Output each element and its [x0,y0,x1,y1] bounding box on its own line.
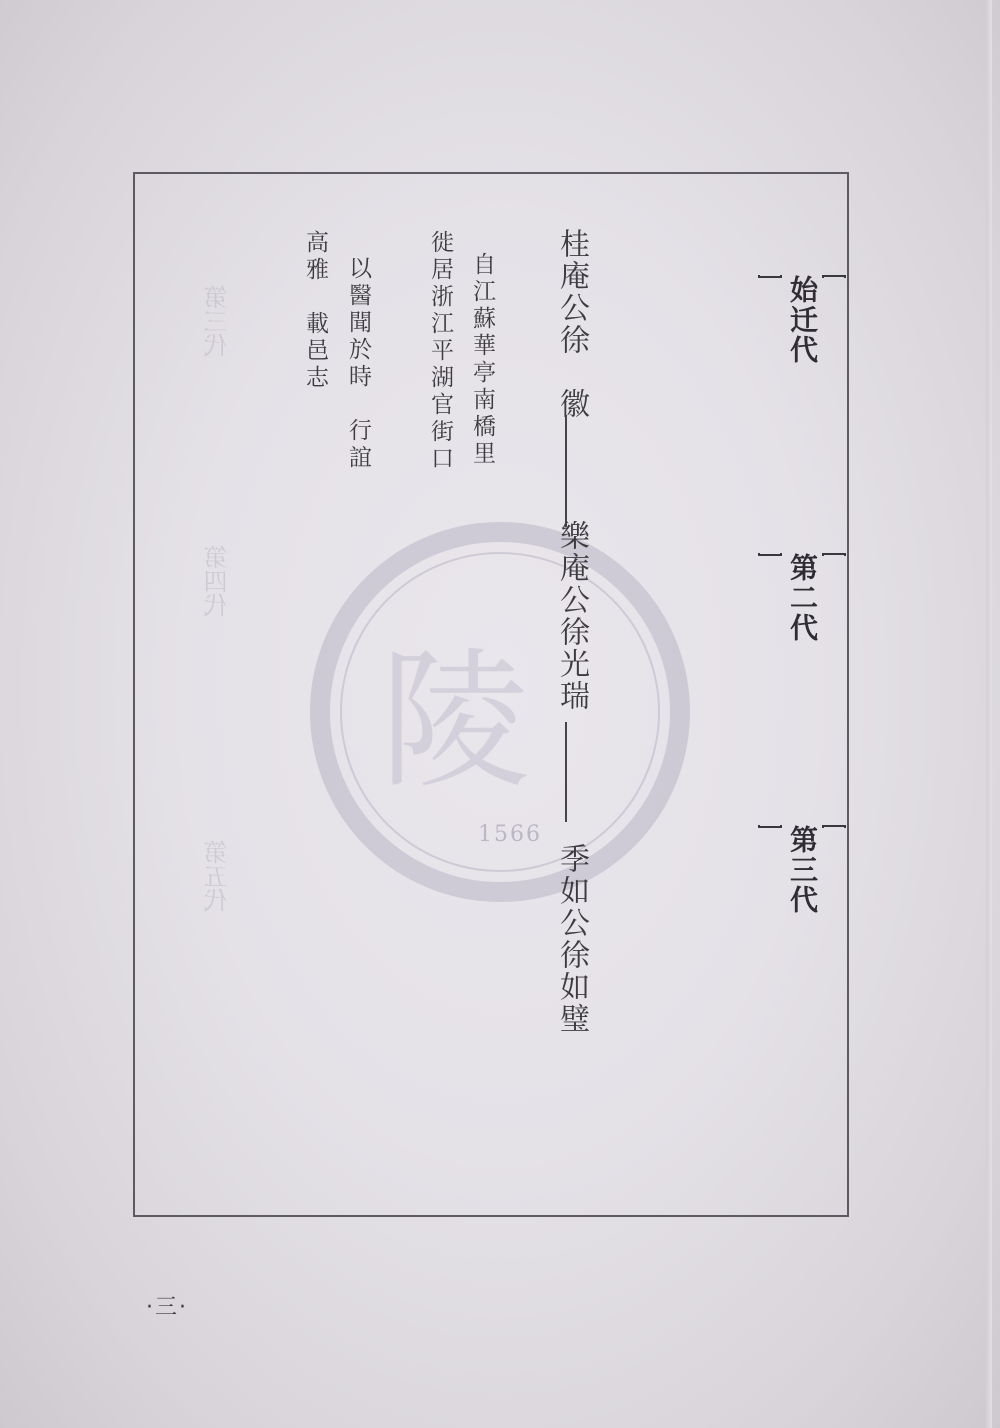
page-edge [986,0,992,1428]
generation-heading-third: 第三代 [758,825,846,915]
note-line: 高雅 載邑志 [303,230,326,392]
generation-heading-founder: 始迁代 [758,275,846,365]
generation-heading-text: 始迁代 [786,275,819,365]
ancestor-name-second: 樂庵公徐光瑞 [549,520,593,712]
page-number: ·三· [146,1290,188,1321]
note-line: 以醫聞於時 行誼 [346,256,369,472]
ancestor-name-first: 桂庵公徐 徽 [549,228,593,420]
generation-heading-second: 第二代 [758,553,846,643]
note-line: 自江蘇華亭南橋里 [470,252,493,468]
generation-heading-text: 第三代 [786,825,819,915]
ancestor-name-third: 季如公徐如璧 [549,843,593,1035]
lineage-connector [565,415,567,527]
generation-heading-text: 第二代 [786,553,819,643]
lineage-connector [565,722,567,822]
note-line: 徙居浙江平湖官街口 [428,230,451,473]
